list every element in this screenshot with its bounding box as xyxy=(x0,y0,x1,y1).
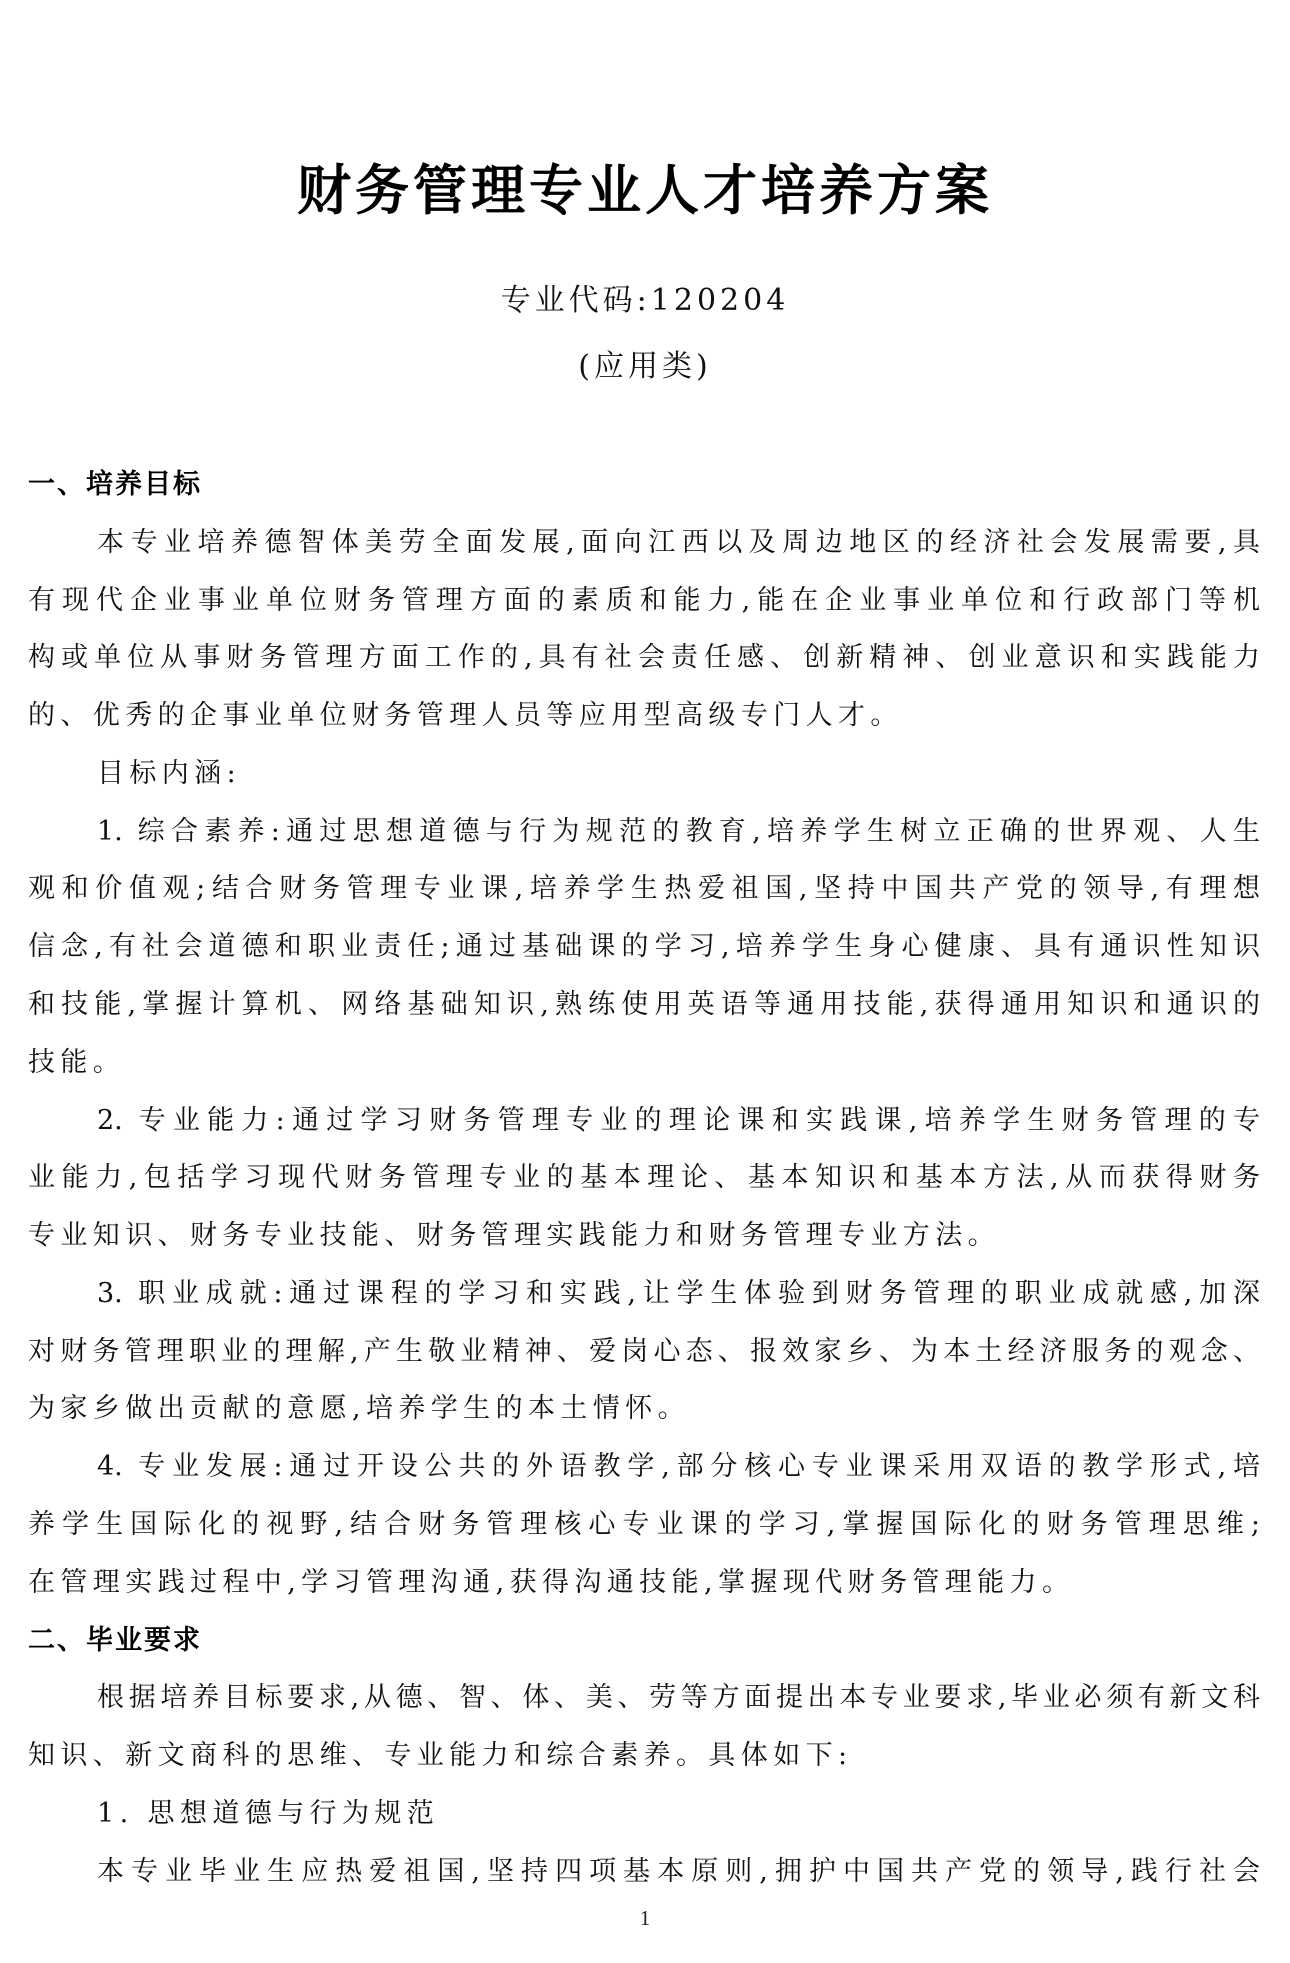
list-item-professional-ability: 2. 专业能力:通过学习财务管理专业的理论课和实践课,培养学生财务管理的专 xyxy=(97,1101,1260,1141)
paragraph-line: 的、优秀的企事业单位财务管理人员等应用型高级专门人才。 xyxy=(28,696,1260,736)
paragraph-line: 业能力,包括学习现代财务管理专业的基本理论、基本知识和基本方法,从而获得财务 xyxy=(28,1158,1260,1198)
goal-connotation-label: 目标内涵: xyxy=(97,754,1260,794)
paragraph-line: 对财务管理职业的理解,产生敬业精神、爱岗心态、报效家乡、为本土经济服务的观念、 xyxy=(28,1332,1260,1372)
list-item-comprehensive-quality: 1. 综合素养:通过思想道德与行为规范的教育,培养学生树立正确的世界观、人生 xyxy=(97,812,1260,852)
section-heading-training-goals: 一、培养目标 xyxy=(28,465,1260,505)
paragraph-line: 养学生国际化的视野,结合财务管理核心专业课的学习,掌握国际化的财务管理思维; xyxy=(28,1505,1260,1545)
paragraph-line: 根据培养目标要求,从德、智、体、美、劳等方面提出本专业要求,毕业必须有新文科 xyxy=(97,1678,1260,1718)
paragraph-line: 观和价值观;结合财务管理专业课,培养学生热爱祖国,坚持中国共产党的领导,有理想 xyxy=(28,869,1260,909)
paragraph-line: 本专业培养德智体美劳全面发展,面向江西以及周边地区的经济社会发展需要,具 xyxy=(97,523,1260,563)
page-number: 1 xyxy=(0,1905,1290,1931)
paragraph-line: 技能。 xyxy=(28,1043,1260,1083)
paragraph-line: 和技能,掌握计算机、网络基础知识,熟练使用英语等通用技能,获得通用知识和通识的 xyxy=(28,985,1260,1025)
paragraph-line: 在管理实践过程中,学习管理沟通,获得沟通技能,掌握现代财务管理能力。 xyxy=(28,1563,1260,1603)
list-item-career-achievement: 3. 职业成就:通过课程的学习和实践,让学生体验到财务管理的职业成就感,加深 xyxy=(97,1274,1260,1314)
subheading-ideology-conduct: 1. 思想道德与行为规范 xyxy=(97,1794,1260,1834)
paragraph-line: 专业知识、财务专业技能、财务管理实践能力和财务管理专业方法。 xyxy=(28,1216,1260,1256)
paragraph-line: 构或单位从事财务管理方面工作的,具有社会责任感、创新精神、创业意识和实践能力 xyxy=(28,638,1260,678)
paragraph-line: 为家乡做出贡献的意愿,培养学生的本土情怀。 xyxy=(28,1389,1260,1429)
major-code: 专业代码:120204 xyxy=(0,281,1290,321)
paragraph-line: 本专业毕业生应热爱祖国,坚持四项基本原则,拥护中国共产党的领导,践行社会 xyxy=(97,1852,1260,1892)
document-title: 财务管理专业人才培养方案 xyxy=(0,158,1290,222)
paragraph-line: 有现代企业事业单位财务管理方面的素质和能力,能在企业事业单位和行政部门等机 xyxy=(28,581,1260,621)
paragraph-line: 知识、新文商科的思维、专业能力和综合素养。具体如下: xyxy=(28,1736,1260,1776)
document-page: 财务管理专业人才培养方案 专业代码:120204 (应用类) 一、培养目标 本专… xyxy=(0,0,1290,1963)
major-category: (应用类) xyxy=(0,347,1290,387)
paragraph-line: 信念,有社会道德和职业责任;通过基础课的学习,培养学生身心健康、具有通识性知识 xyxy=(28,927,1260,967)
list-item-professional-development: 4. 专业发展:通过开设公共的外语教学,部分核心专业课采用双语的教学形式,培 xyxy=(97,1447,1260,1487)
section-heading-graduation-requirements: 二、毕业要求 xyxy=(28,1621,1260,1661)
